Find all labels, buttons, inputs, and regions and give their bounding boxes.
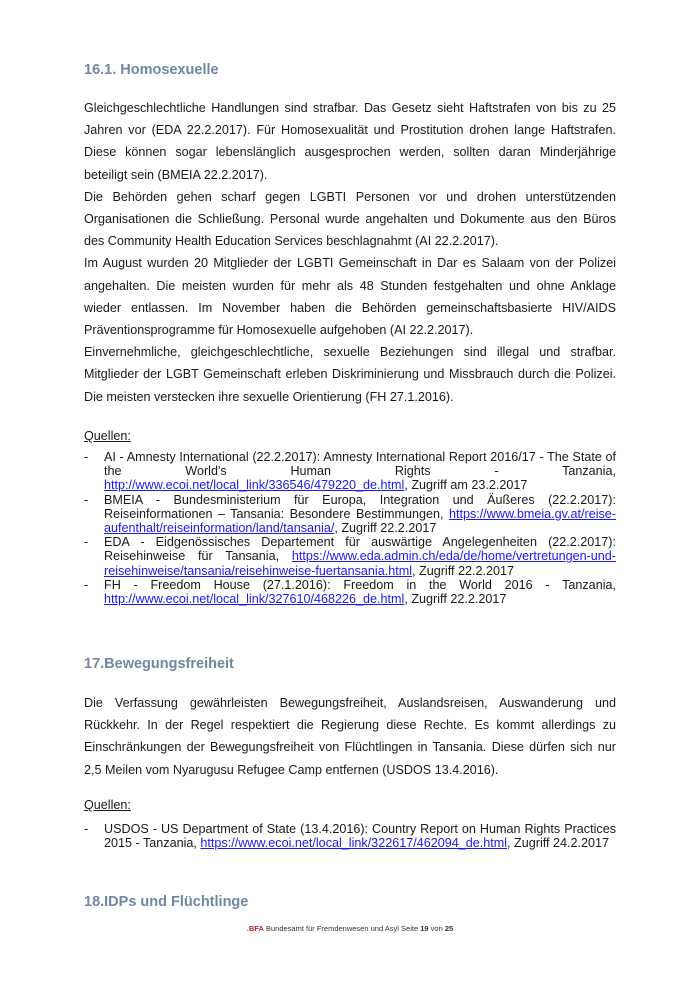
source-item: - AI - Amnesty International (22.2.2017)… [84,450,616,493]
section-heading-homosexuelle: 16.1. Homosexuelle [84,62,219,78]
source-access-date: , Zugriff 24.2.2017 [507,836,609,850]
source-item: - BMEIA - Bundesministerium für Europa, … [84,493,616,536]
sources-label: Quellen: [84,429,131,443]
footer-brand: BFA [249,924,264,933]
paragraph: Einvernehmliche, gleichgeschlechtliche, … [84,341,616,408]
source-link[interactable]: https://www.ecoi.net/local_link/322617/4… [200,836,507,850]
source-text: AI - Amnesty International (22.2.2017): … [104,450,616,478]
source-text: FH - Freedom House (27.1.2016): Freedom … [104,578,616,592]
bullet: - [84,822,88,836]
section-heading-bewegungsfreiheit: 17.Bewegungsfreiheit [84,656,234,672]
footer-page-total: 25 [445,924,453,933]
bullet: - [84,450,88,464]
source-item: - USDOS - US Department of State (13.4.2… [84,822,616,850]
source-access-date: , Zugriff 22.2.2017 [412,564,514,578]
sources-list-homosexuelle: - AI - Amnesty International (22.2.2017)… [84,450,616,606]
footer-page-number: 19 [420,924,428,933]
page-footer: .BFA Bundesamt für Fremdenwesen und Asyl… [0,924,700,933]
source-access-date: , Zugriff 22.2.2017 [404,592,506,606]
paragraph: Gleichgeschlechtliche Handlungen sind st… [84,97,616,186]
source-item: - EDA - Eidgenössisches Departement für … [84,535,616,578]
source-access-date: , Zugriff am 23.2.2017 [404,478,527,492]
footer-org: Bundesamt für Fremdenwesen und Asyl Seit… [264,924,420,933]
paragraph: Die Behörden gehen scharf gegen LGBTI Pe… [84,186,616,253]
source-link[interactable]: http://www.ecoi.net/local_link/336546/47… [104,478,404,492]
source-access-date: , Zugriff 22.2.2017 [334,521,436,535]
bullet: - [84,578,88,592]
paragraph: Die Verfassung gewährleisten Bewegungsfr… [84,692,616,781]
source-item: - FH - Freedom House (27.1.2016): Freedo… [84,578,616,606]
section-body-homosexuelle: Gleichgeschlechtliche Handlungen sind st… [84,97,616,408]
section-body-bewegungsfreiheit: Die Verfassung gewährleisten Bewegungsfr… [84,692,616,781]
source-link[interactable]: http://www.ecoi.net/local_link/327610/46… [104,592,404,606]
sources-list-bewegungsfreiheit: - USDOS - US Department of State (13.4.2… [84,822,616,850]
footer-of: von [429,924,445,933]
sources-label: Quellen: [84,798,131,812]
bullet: - [84,493,88,507]
section-heading-idps: 18.IDPs und Flüchtlinge [84,894,248,910]
paragraph: Im August wurden 20 Mitglieder der LGBTI… [84,252,616,341]
bullet: - [84,535,88,549]
